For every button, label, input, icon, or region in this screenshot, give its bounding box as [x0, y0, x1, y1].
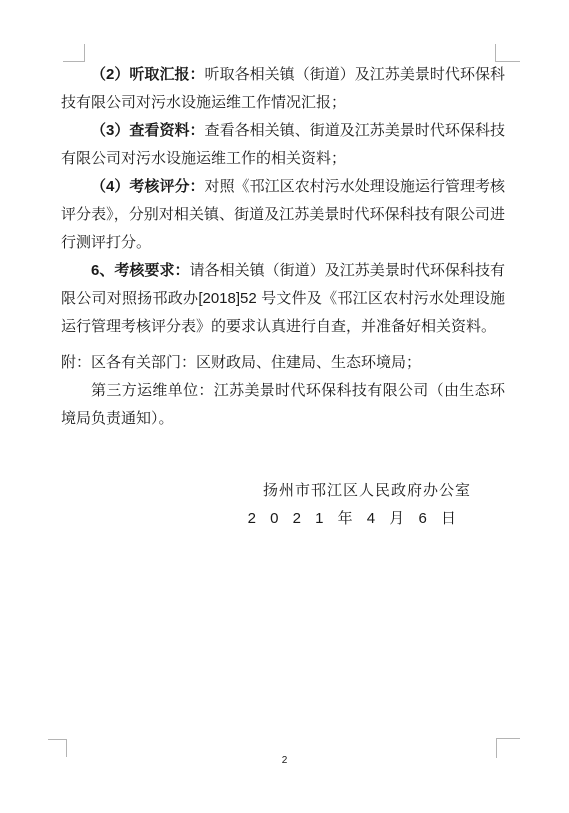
signature-block: 扬州市邗江区人民政府办公室 2 0 2 1 年 4 月 6 日	[61, 477, 505, 533]
issuing-office: 扬州市邗江区人民政府办公室	[61, 477, 505, 505]
paragraph: （4）考核评分：对照《邗江区农村污水处理设施运行管理考核评分表》，分别对相关镇、…	[61, 173, 505, 257]
attachment-departments: 附：区各有关部门：区财政局、住建局、生态环境局；	[61, 349, 505, 377]
paragraph: （2）听取汇报：听取各相关镇（街道）及江苏美景时代环保科技有限公司对污水设施运维…	[61, 61, 505, 117]
attachment-third-party: 第三方运维单位：江苏美景时代环保科技有限公司（由生态环境局负责通知）。	[61, 377, 505, 433]
paragraph-lead: （3）查看资料：	[91, 122, 205, 139]
text-boundary-mark-top-left	[63, 44, 85, 62]
page-number: 2	[0, 754, 569, 768]
attachment-section: 附：区各有关部门：区财政局、住建局、生态环境局； 第三方运维单位：江苏美景时代环…	[61, 349, 505, 433]
text-boundary-mark-top-right	[495, 44, 520, 62]
issue-date: 2 0 2 1 年 4 月 6 日	[61, 505, 505, 533]
paragraph: （3）查看资料：查看各相关镇、街道及江苏美景时代环保科技有限公司对污水设施运维工…	[61, 117, 505, 173]
paragraph-lead: 6、考核要求：	[91, 262, 190, 279]
paragraph-lead: （2）听取汇报：	[91, 66, 205, 83]
document-page: （2）听取汇报：听取各相关镇（街道）及江苏美景时代环保科技有限公司对污水设施运维…	[0, 0, 569, 813]
paragraph: 6、考核要求：请各相关镇（街道）及江苏美景时代环保科技有限公司对照扬邗政办[20…	[61, 257, 505, 341]
paragraph-lead: （4）考核评分：	[91, 178, 205, 195]
document-body: （2）听取汇报：听取各相关镇（街道）及江苏美景时代环保科技有限公司对污水设施运维…	[61, 61, 505, 433]
body-paragraphs: （2）听取汇报：听取各相关镇（街道）及江苏美景时代环保科技有限公司对污水设施运维…	[61, 61, 505, 341]
